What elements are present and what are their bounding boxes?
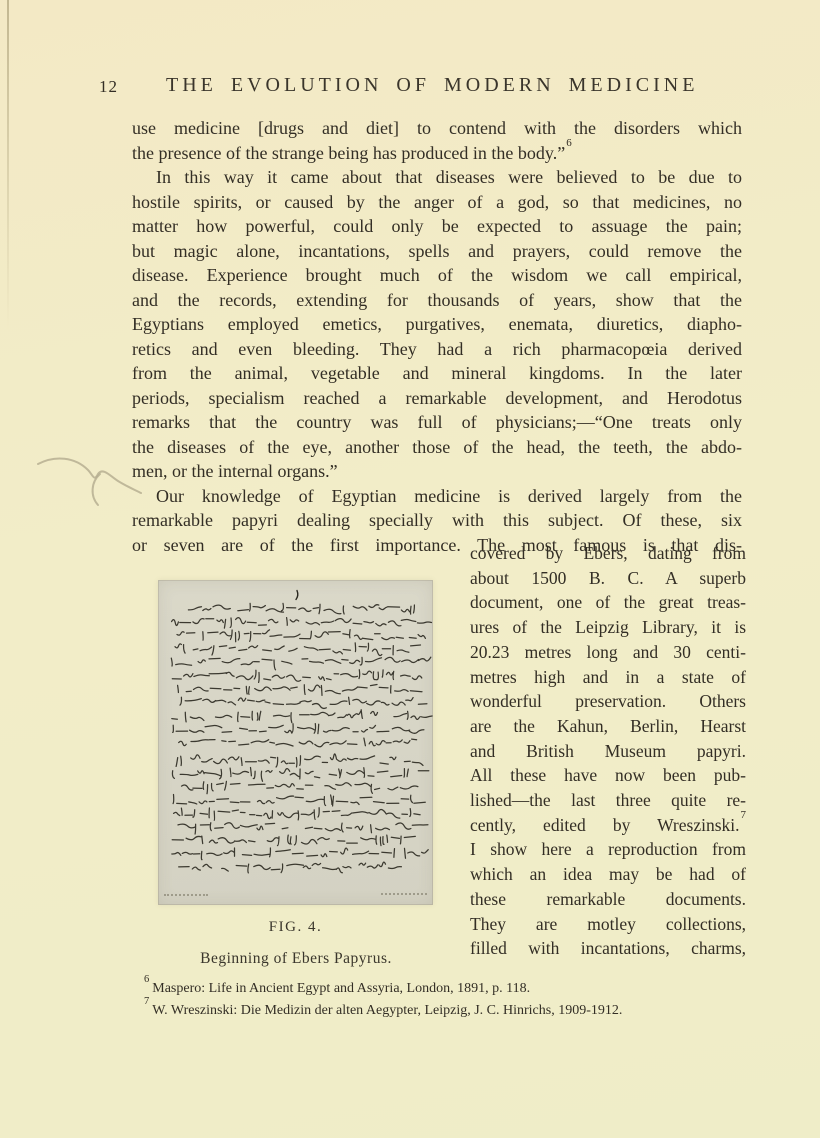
pencil-parenthesis <box>93 474 100 505</box>
text-line: disease. Experience brought much of the … <box>132 263 742 288</box>
text-line: the diseases of the eye, another those o… <box>132 435 742 460</box>
text-line: wonderful preservation. Others <box>470 689 746 714</box>
footnotes: 6Maspero: Life in Ancient Egypt and Assy… <box>143 978 755 1022</box>
text-line: which an idea may be had of <box>470 862 746 887</box>
book-page: 12 THE EVOLUTION OF MODERN MEDICINE use … <box>0 0 820 1138</box>
paragraph-2: In this way it came about that diseases … <box>132 165 742 484</box>
text-line: ures of the Leipzig Library, it is <box>470 615 746 640</box>
hieratic-script-row <box>171 657 431 670</box>
text-line: In this way it came about that diseases … <box>132 165 742 190</box>
hieratic-script-row <box>180 697 427 708</box>
figure-caption: Beginning of Ebers Papyrus. <box>120 950 472 968</box>
hieratic-script-row <box>175 643 421 656</box>
footnote-marker: 7 <box>741 809 747 821</box>
page-number: 12 <box>99 77 118 97</box>
footnote-marker: 6 <box>566 137 572 149</box>
text-line: Our knowledge of Egyptian medicine is de… <box>132 484 742 509</box>
text-line: metres high and in a state of <box>470 665 746 690</box>
text-line: but magic alone, incantations, spells an… <box>132 239 742 264</box>
figure-plate <box>158 580 433 905</box>
text-line: I show here a reproduction from <box>470 837 746 862</box>
text-line: and the records, extending for thousands… <box>132 288 742 313</box>
running-title: THE EVOLUTION OF MODERN MEDICINE <box>166 74 698 97</box>
hieratic-script-row <box>172 848 428 860</box>
text-line: lished—the last three quite re- <box>470 788 746 813</box>
text-line: hostile spirits, or caused by the anger … <box>132 190 742 215</box>
hieratic-script-row <box>173 724 424 734</box>
hieratic-script-row <box>179 738 417 747</box>
text-line: 7W. Wreszinski: Die Medizin der alten Ae… <box>143 1000 755 1022</box>
hieratic-script-row <box>188 603 414 614</box>
text-line: these remarkable documents. <box>470 887 746 912</box>
hieratic-script-row <box>174 808 421 821</box>
papyrus-script <box>158 580 433 905</box>
text-line: are the Kahun, Berlin, Hearst <box>470 714 746 739</box>
text-line: remarkable papyri dealing specially with… <box>132 508 742 533</box>
page-edge-line <box>7 0 9 330</box>
text-line: filled with incantations, charms, <box>470 936 746 961</box>
text-line: Egyptians employed emetics, purgatives, … <box>132 312 742 337</box>
footnote-marker: 7 <box>144 996 149 1007</box>
pencil-wave <box>38 458 141 493</box>
hieratic-script-row <box>176 754 423 767</box>
hieratic-script-row <box>177 630 425 642</box>
text-line: about 1500 B. C. A superb <box>470 566 746 591</box>
text-line: from the animal, vegetable and mineral k… <box>132 361 742 386</box>
text-line: and British Museum papyri. <box>470 739 746 764</box>
hieratic-script-row <box>178 685 422 696</box>
hieratic-script-row <box>182 781 418 793</box>
text-line: periods, specialism reached a remarkable… <box>132 386 742 411</box>
text-line: 20.23 metres long and 30 centi- <box>470 640 746 665</box>
hieratic-script-row <box>172 710 432 723</box>
text-line: use medicine [drugs and diet] to contend… <box>132 116 742 141</box>
wrapped-column-text: covered by Ebers, dating fromabout 1500 … <box>470 541 746 961</box>
plate-microtext-left <box>164 894 208 896</box>
hieratic-script-row <box>172 618 432 629</box>
text-line: men, or the internal organs.” <box>132 459 742 484</box>
figure-caption-label: FIG. 4. <box>158 919 433 936</box>
text-line: covered by Ebers, dating from <box>470 541 746 566</box>
text-line: the presence of the strange being has pr… <box>132 141 742 166</box>
text-line: They are motley collections, <box>470 912 746 937</box>
hieratic-script-row <box>173 795 425 807</box>
paragraph-1: use medicine [drugs and diet] to contend… <box>132 116 742 165</box>
footnote-marker: 6 <box>144 974 149 985</box>
text-line: All these have now been pub- <box>470 763 746 788</box>
hieratic-script-row <box>172 670 421 683</box>
papyrus-top-mark <box>296 591 298 600</box>
text-line: 6Maspero: Life in Ancient Egypt and Assy… <box>143 978 755 1000</box>
hieratic-script-row <box>179 862 402 873</box>
hieratic-script-row <box>172 835 415 846</box>
page-header: 12 THE EVOLUTION OF MODERN MEDICINE <box>0 74 820 100</box>
plate-microtext-right <box>381 893 427 895</box>
text-line: remarks that the country was full of phy… <box>132 410 742 435</box>
hieratic-script-row <box>172 768 428 782</box>
body-text: use medicine [drugs and diet] to contend… <box>132 116 742 557</box>
hieratic-script-row <box>178 823 428 834</box>
text-line: matter how powerful, could only be expec… <box>132 214 742 239</box>
text-line: retics and even bleeding. They had a ric… <box>132 337 742 362</box>
text-line: document, one of the great treas- <box>470 590 746 615</box>
text-line: cently, edited by Wreszinski.7 <box>470 813 746 838</box>
